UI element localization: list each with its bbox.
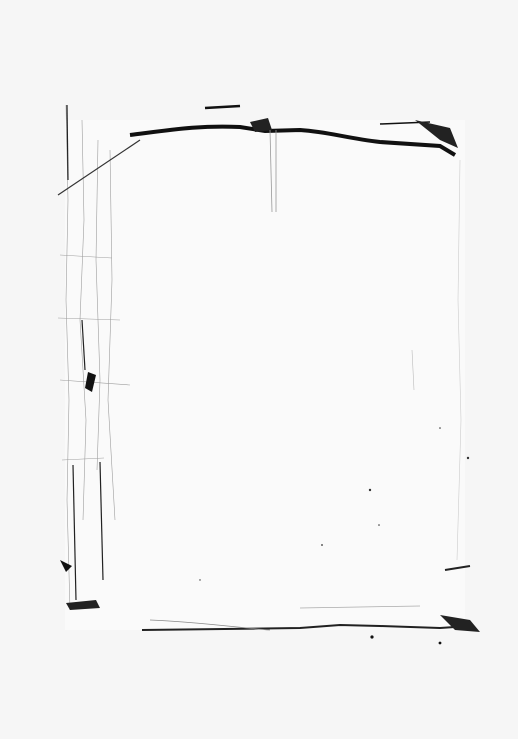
grunge-border	[0, 0, 518, 739]
scanned-page	[0, 0, 518, 739]
